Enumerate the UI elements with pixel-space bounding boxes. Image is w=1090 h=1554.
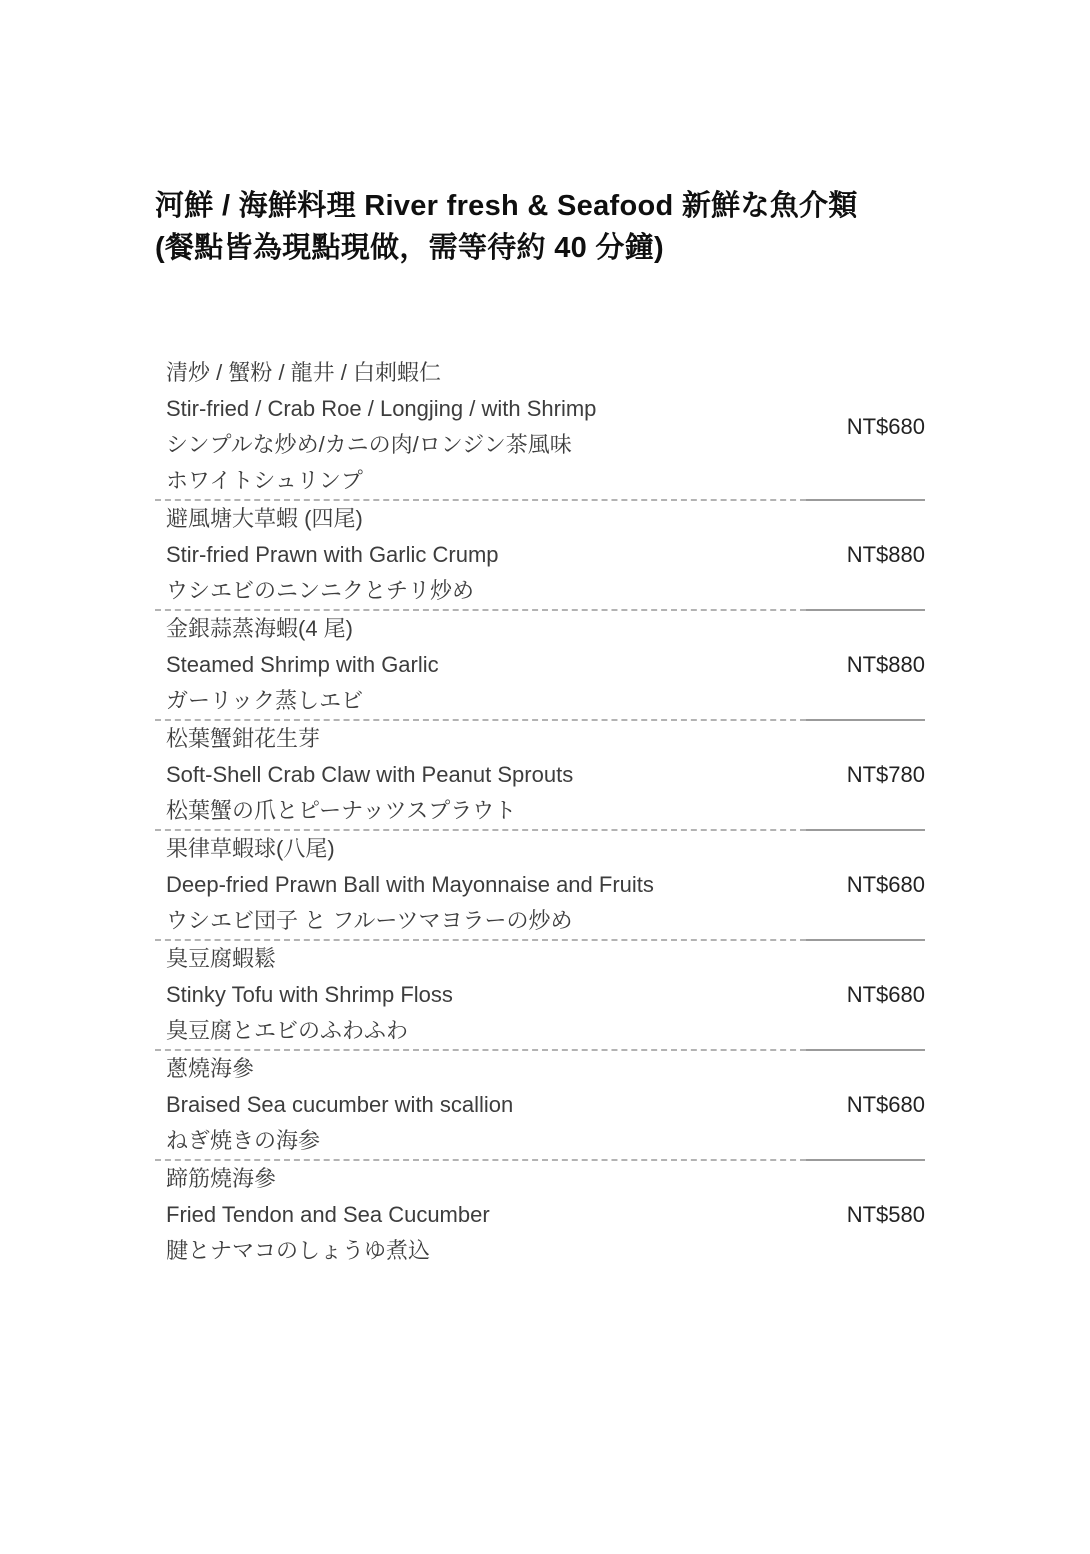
item-name-japanese-line2: ホワイトシュリンプ bbox=[166, 463, 807, 499]
item-name-english: Steamed Shrimp with Garlic bbox=[166, 647, 807, 683]
item-name-japanese: ねぎ焼きの海参 bbox=[166, 1123, 807, 1159]
separator-solid-segment bbox=[806, 609, 925, 611]
separator-solid-segment bbox=[806, 829, 925, 831]
separator-solid-segment bbox=[806, 1049, 925, 1051]
menu-item-description: 松葉蟹鉗花生芽 Soft-Shell Crab Claw with Peanut… bbox=[166, 721, 807, 829]
menu-page: 河鮮 / 海鮮料理 River fresh & Seafood 新鮮な魚介類 (… bbox=[155, 185, 925, 1269]
separator-solid-segment bbox=[806, 1159, 925, 1161]
item-name-chinese: 蹄筋燒海參 bbox=[166, 1161, 807, 1197]
menu-title: 河鮮 / 海鮮料理 River fresh & Seafood 新鮮な魚介類 bbox=[155, 185, 925, 227]
item-name-english: Stir-fried / Crab Roe / Longjing / with … bbox=[166, 391, 807, 427]
menu-item: 清炒 / 蟹粉 / 龍井 / 白刺蝦仁 Stir-fried / Crab Ro… bbox=[155, 355, 925, 499]
item-name-japanese: ガーリック蒸しエビ bbox=[166, 683, 807, 719]
item-price: NT$580 bbox=[807, 1202, 925, 1228]
menu-item: 蹄筋燒海參 Fried Tendon and Sea Cucumber 腱とナマ… bbox=[155, 1161, 925, 1269]
separator-solid-segment bbox=[806, 499, 925, 501]
menu-item: 蔥燒海參 Braised Sea cucumber with scallion … bbox=[155, 1051, 925, 1159]
menu-item: 果律草蝦球(八尾) Deep-fried Prawn Ball with May… bbox=[155, 831, 925, 939]
menu-item-description: 蔥燒海參 Braised Sea cucumber with scallion … bbox=[166, 1051, 807, 1159]
item-name-english: Soft-Shell Crab Claw with Peanut Sprouts bbox=[166, 757, 807, 793]
separator-solid-segment bbox=[806, 939, 925, 941]
menu-item-list: 清炒 / 蟹粉 / 龍井 / 白刺蝦仁 Stir-fried / Crab Ro… bbox=[155, 355, 925, 1269]
item-name-english: Fried Tendon and Sea Cucumber bbox=[166, 1197, 807, 1233]
menu-subtitle-wait-note: (餐點皆為現點現做，需等待約 40 分鐘) bbox=[155, 227, 925, 269]
item-name-japanese: シンプルな炒め/カニの肉/ロンジン茶風味 bbox=[166, 427, 807, 463]
item-name-english: Braised Sea cucumber with scallion bbox=[166, 1087, 807, 1123]
item-name-english: Deep-fried Prawn Ball with Mayonnaise an… bbox=[166, 867, 807, 903]
item-name-japanese: 臭豆腐とエビのふわふわ bbox=[166, 1013, 807, 1049]
item-name-chinese: 蔥燒海參 bbox=[166, 1051, 807, 1087]
menu-item: 避風塘大草蝦 (四尾) Stir-fried Prawn with Garlic… bbox=[155, 501, 925, 609]
menu-item-description: 臭豆腐蝦鬆 Stinky Tofu with Shrimp Floss 臭豆腐と… bbox=[166, 941, 807, 1049]
item-name-english: Stinky Tofu with Shrimp Floss bbox=[166, 977, 807, 1013]
item-price: NT$880 bbox=[807, 652, 925, 678]
item-price: NT$680 bbox=[807, 414, 925, 440]
menu-item: 松葉蟹鉗花生芽 Soft-Shell Crab Claw with Peanut… bbox=[155, 721, 925, 829]
item-name-chinese: 松葉蟹鉗花生芽 bbox=[166, 721, 807, 757]
item-price: NT$880 bbox=[807, 542, 925, 568]
item-price: NT$680 bbox=[807, 872, 925, 898]
menu-item-description: 果律草蝦球(八尾) Deep-fried Prawn Ball with May… bbox=[166, 831, 807, 939]
item-name-japanese: 腱とナマコのしょうゆ煮込 bbox=[166, 1233, 807, 1269]
menu-item-description: 金銀蒜蒸海蝦(4 尾) Steamed Shrimp with Garlic ガ… bbox=[166, 611, 807, 719]
item-price: NT$680 bbox=[807, 1092, 925, 1118]
separator-solid-segment bbox=[806, 719, 925, 721]
menu-item-description: 蹄筋燒海參 Fried Tendon and Sea Cucumber 腱とナマ… bbox=[166, 1161, 807, 1269]
item-name-chinese: 避風塘大草蝦 (四尾) bbox=[166, 501, 807, 537]
item-name-chinese: 清炒 / 蟹粉 / 龍井 / 白刺蝦仁 bbox=[166, 355, 807, 391]
item-name-chinese: 金銀蒜蒸海蝦(4 尾) bbox=[166, 611, 807, 647]
item-name-japanese: 松葉蟹の爪とピーナッツスプラウト bbox=[166, 793, 807, 829]
item-price: NT$680 bbox=[807, 982, 925, 1008]
item-name-japanese: ウシエビのニンニクとチリ炒め bbox=[166, 573, 807, 609]
menu-item-description: 避風塘大草蝦 (四尾) Stir-fried Prawn with Garlic… bbox=[166, 501, 807, 609]
menu-header: 河鮮 / 海鮮料理 River fresh & Seafood 新鮮な魚介類 (… bbox=[155, 185, 925, 269]
item-price: NT$780 bbox=[807, 762, 925, 788]
menu-item-description: 清炒 / 蟹粉 / 龍井 / 白刺蝦仁 Stir-fried / Crab Ro… bbox=[166, 355, 807, 499]
item-name-chinese: 果律草蝦球(八尾) bbox=[166, 831, 807, 867]
item-name-english: Stir-fried Prawn with Garlic Crump bbox=[166, 537, 807, 573]
item-name-japanese: ウシエビ団子 と フルーツマヨラーの炒め bbox=[166, 903, 807, 939]
menu-item: 臭豆腐蝦鬆 Stinky Tofu with Shrimp Floss 臭豆腐と… bbox=[155, 941, 925, 1049]
menu-item: 金銀蒜蒸海蝦(4 尾) Steamed Shrimp with Garlic ガ… bbox=[155, 611, 925, 719]
item-name-chinese: 臭豆腐蝦鬆 bbox=[166, 941, 807, 977]
